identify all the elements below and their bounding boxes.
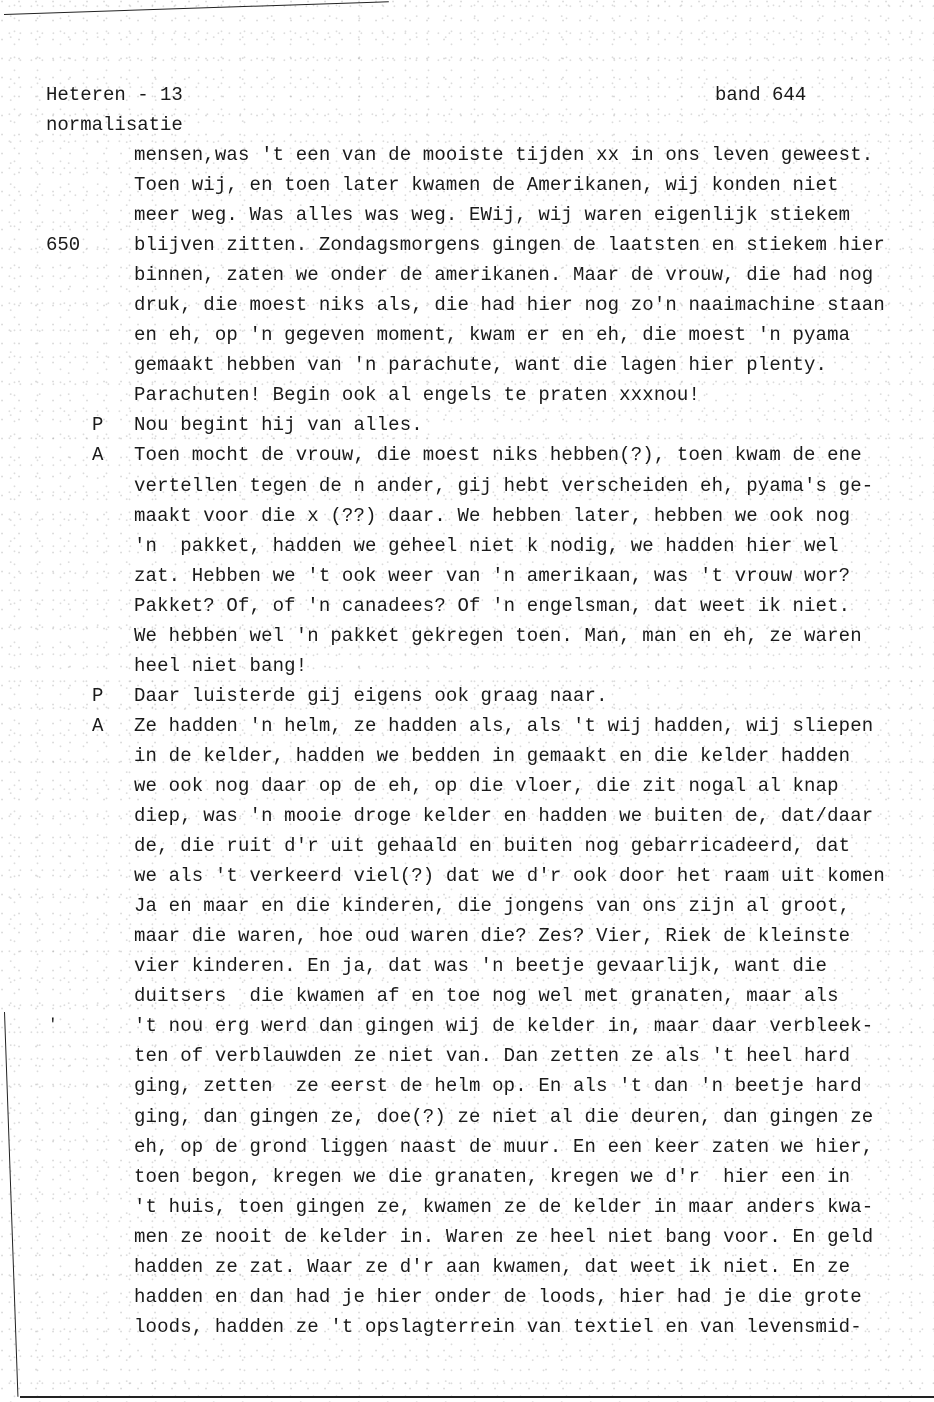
transcript-line: ten of verblauwden ze niet van. Dan zett… — [0, 1041, 934, 1071]
transcript-line: hadden ze zat. Waar ze d'r aan kwamen, d… — [0, 1252, 934, 1282]
transcript-line: binnen, zaten we onder de amerikanen. Ma… — [0, 260, 934, 290]
line-text: meer weg. Was alles was weg. EWij, wij w… — [134, 200, 850, 230]
transcript-line: maakt voor die x (??) daar. We hebben la… — [0, 501, 934, 531]
transcript-line: 't huis, toen gingen ze, kwamen ze de ke… — [0, 1192, 934, 1222]
line-text: in de kelder, hadden we bedden in gemaak… — [134, 741, 850, 771]
line-text: vertellen tegen de n ander, gij hebt ver… — [134, 471, 873, 501]
transcript-line: PDaar luisterde gij eigens ook graag naa… — [0, 681, 934, 711]
line-text: we ook nog daar op de eh, op die vloer, … — [134, 771, 839, 801]
transcript-line: hadden en dan had je hier onder de loods… — [0, 1282, 934, 1312]
line-text: Toen wij, en toen later kwamen de Amerik… — [134, 170, 839, 200]
transcript-line: vier kinderen. En ja, dat was 'n beetje … — [0, 951, 934, 981]
document-title: Heteren - 13 — [46, 80, 183, 110]
line-text: druk, die moest niks als, die had hier n… — [134, 290, 885, 320]
line-text: gemaakt hebben van 'n parachute, want di… — [134, 350, 827, 380]
top-border-line — [4, 1, 389, 15]
transcript-line: maar die waren, hoe oud waren die? Zes? … — [0, 921, 934, 951]
transcript-line: AZe hadden 'n helm, ze hadden als, als '… — [0, 711, 934, 741]
line-text: hadden ze zat. Waar ze d'r aan kwamen, d… — [134, 1252, 850, 1282]
transcript-line: ging, zetten ze eerst de helm op. En als… — [0, 1071, 934, 1101]
transcript-line: gemaakt hebben van 'n parachute, want di… — [0, 350, 934, 380]
line-text: blijven zitten. Zondagsmorgens gingen de… — [134, 230, 885, 260]
transcript-line: AToen mocht de vrouw, die moest niks heb… — [0, 440, 934, 470]
line-text: heel niet bang! — [134, 651, 307, 681]
line-text: duitsers die kwamen af en toe nog wel me… — [134, 981, 839, 1011]
line-text: de, die ruit d'r uit gehaald en buiten n… — [134, 831, 850, 861]
transcript-line: de, die ruit d'r uit gehaald en buiten n… — [0, 831, 934, 861]
line-text: loods, hadden ze 't opslagterrein van te… — [134, 1312, 862, 1342]
line-text: ging, zetten ze eerst de helm op. En als… — [134, 1071, 862, 1101]
speaker-label: A — [92, 440, 122, 470]
transcript-line: Pakket? Of, of 'n canadees? Of 'n engels… — [0, 591, 934, 621]
transcript-line: heel niet bang! — [0, 651, 934, 681]
transcript-line: en eh, op 'n gegeven moment, kwam er en … — [0, 320, 934, 350]
line-number-marker: 650 — [46, 230, 126, 260]
transcript-line: Ja en maar en die kinderen, die jongens … — [0, 891, 934, 921]
line-text: Toen mocht de vrouw, die moest niks hebb… — [134, 440, 862, 470]
transcript-line: Toen wij, en toen later kwamen de Amerik… — [0, 170, 934, 200]
line-text: 'n pakket, hadden we geheel niet k nodig… — [134, 531, 839, 561]
line-text: hadden en dan had je hier onder de loods… — [134, 1282, 862, 1312]
speaker-label: P — [92, 681, 122, 711]
line-text: 't nou erg werd dan gingen wij de kelder… — [134, 1011, 873, 1041]
transcript-line: loods, hadden ze 't opslagterrein van te… — [0, 1312, 934, 1342]
line-text: toen begon, kregen we die granaten, kreg… — [134, 1162, 850, 1192]
line-text: 't huis, toen gingen ze, kwamen ze de ke… — [134, 1192, 873, 1222]
speaker-label: A — [92, 711, 122, 741]
line-text: Ze hadden 'n helm, ze hadden als, als 't… — [134, 711, 873, 741]
line-text: Nou begint hij van alles. — [134, 410, 423, 440]
transcript-line: 't nou erg werd dan gingen wij de kelder… — [0, 1011, 934, 1041]
line-text: zat. Hebben we 't ook weer van 'n amerik… — [134, 561, 850, 591]
transcript-line: we als 't verkeerd viel(?) dat we d'r oo… — [0, 861, 934, 891]
document-subtitle: normalisatie — [46, 110, 183, 140]
speaker-label: P — [92, 410, 122, 440]
line-text: binnen, zaten we onder de amerikanen. Ma… — [134, 260, 873, 290]
line-text: Parachuten! Begin ook al engels te prate… — [134, 380, 700, 410]
line-text: en eh, op 'n gegeven moment, kwam er en … — [134, 320, 850, 350]
transcript-line: we ook nog daar op de eh, op die vloer, … — [0, 771, 934, 801]
transcript-line: zat. Hebben we 't ook weer van 'n amerik… — [0, 561, 934, 591]
transcript-line: PNou begint hij van alles. — [0, 410, 934, 440]
line-text: eh, op de grond liggen naast de muur. En… — [134, 1132, 873, 1162]
transcript-line: druk, die moest niks als, die had hier n… — [0, 290, 934, 320]
line-text: diep, was 'n mooie droge kelder en hadde… — [134, 801, 873, 831]
transcript-line: toen begon, kregen we die granaten, kreg… — [0, 1162, 934, 1192]
transcript-line: ging, dan gingen ze, doe(?) ze niet al d… — [0, 1102, 934, 1132]
transcript-line: We hebben wel 'n pakket gekregen toen. M… — [0, 621, 934, 651]
transcript-line: meer weg. Was alles was weg. EWij, wij w… — [0, 200, 934, 230]
stray-mark: ' — [48, 1016, 58, 1034]
line-text: We hebben wel 'n pakket gekregen toen. M… — [134, 621, 862, 651]
line-text: Ja en maar en die kinderen, die jongens … — [134, 891, 850, 921]
transcript-line: mensen,was 't een van de mooiste tijden … — [0, 140, 934, 170]
line-text: Daar luisterde gij eigens ook graag naar… — [134, 681, 608, 711]
bottom-border-line — [20, 1396, 934, 1398]
transcript-line: vertellen tegen de n ander, gij hebt ver… — [0, 471, 934, 501]
transcript-line: eh, op de grond liggen naast de muur. En… — [0, 1132, 934, 1162]
line-text: vier kinderen. En ja, dat was 'n beetje … — [134, 951, 827, 981]
line-text: ging, dan gingen ze, doe(?) ze niet al d… — [134, 1102, 873, 1132]
transcript-body: mensen,was 't een van de mooiste tijden … — [0, 140, 934, 1342]
line-text: maakt voor die x (??) daar. We hebben la… — [134, 501, 850, 531]
line-text: mensen,was 't een van de mooiste tijden … — [134, 140, 873, 170]
transcript-line: duitsers die kwamen af en toe nog wel me… — [0, 981, 934, 1011]
line-text: ten of verblauwden ze niet van. Dan zett… — [134, 1041, 850, 1071]
transcript-line: Parachuten! Begin ook al engels te prate… — [0, 380, 934, 410]
line-text: we als 't verkeerd viel(?) dat we d'r oo… — [134, 861, 885, 891]
line-text: men ze nooit de kelder in. Waren ze heel… — [134, 1222, 873, 1252]
line-text: Pakket? Of, of 'n canadees? Of 'n engels… — [134, 591, 850, 621]
transcript-line: 650blijven zitten. Zondagsmorgens gingen… — [0, 230, 934, 260]
transcript-line: diep, was 'n mooie droge kelder en hadde… — [0, 801, 934, 831]
transcript-line: men ze nooit de kelder in. Waren ze heel… — [0, 1222, 934, 1252]
transcript-line: 'n pakket, hadden we geheel niet k nodig… — [0, 531, 934, 561]
transcript-line: in de kelder, hadden we bedden in gemaak… — [0, 741, 934, 771]
line-text: maar die waren, hoe oud waren die? Zes? … — [134, 921, 850, 951]
tape-number: band 644 — [715, 80, 806, 110]
